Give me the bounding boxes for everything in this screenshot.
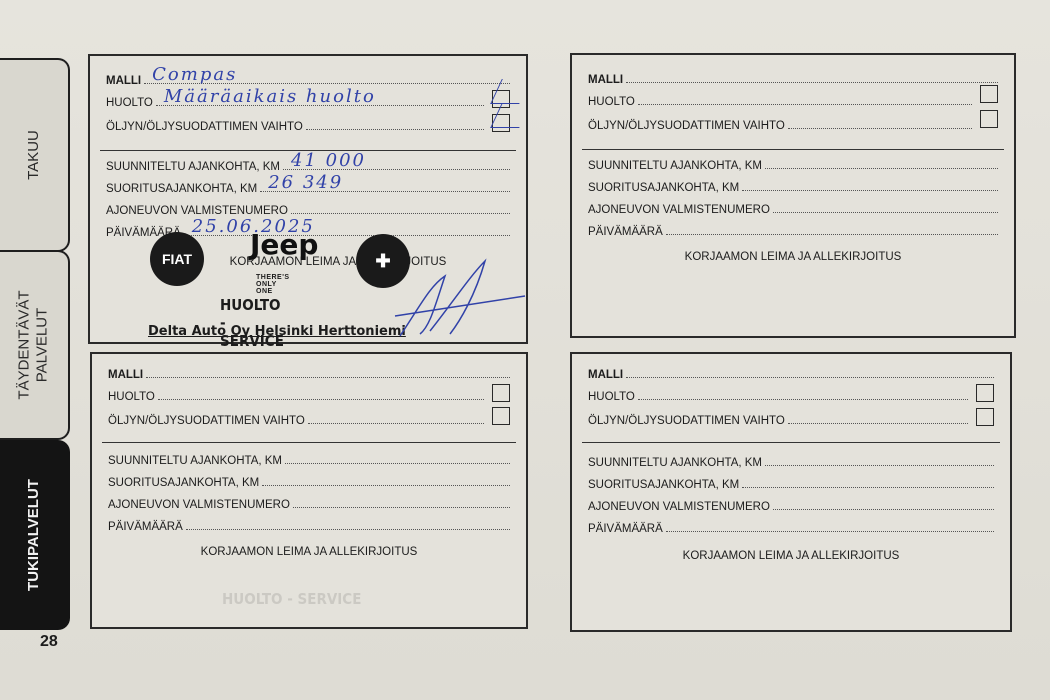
service-booklet-page: TAKUU TÄYDENTÄVÄT PALVELUT TUKIPALVELUT …	[0, 0, 1050, 700]
tab-takuu[interactable]: TAKUU	[0, 58, 70, 252]
tab-taydentavat-palvelut[interactable]: TÄYDENTÄVÄT PALVELUT	[0, 250, 70, 440]
stamp-service-title: HUOLTO - SERVICE	[220, 296, 284, 350]
model-field[interactable]: Compas	[144, 74, 510, 84]
planned-km-field[interactable]	[765, 159, 998, 169]
model-field[interactable]	[626, 368, 994, 378]
service-label: HUOLTO	[106, 97, 156, 109]
oil-change-label: ÖLJYN/ÖLJYSUODATTIMEN VAIHTO	[588, 415, 788, 427]
service-checkbox[interactable]	[980, 85, 998, 103]
model-field[interactable]	[146, 368, 510, 378]
actual-km-field[interactable]	[742, 478, 994, 488]
signature-icon	[390, 246, 530, 346]
oil-change-label: ÖLJYN/ÖLJYSUODATTIMEN VAIHTO	[106, 121, 306, 133]
divider	[582, 149, 1004, 150]
page-number: 28	[40, 633, 58, 651]
planned-km-label: SUUNNITELTU AJANKOHTA, KM	[106, 161, 283, 173]
actual-km-field[interactable]	[262, 476, 510, 486]
date-label: PÄIVÄMÄÄRÄ	[588, 226, 666, 238]
date-field[interactable]	[666, 522, 994, 532]
service-field[interactable]	[638, 390, 968, 400]
actual-km-label: SUORITUSAJANKOHTA, KM	[588, 479, 742, 491]
oil-change-field	[788, 414, 968, 424]
planned-km-field[interactable]: 41 000	[283, 160, 510, 170]
planned-km-label: SUUNNITELTU AJANKOHTA, KM	[588, 160, 765, 172]
service-field[interactable]: Määräaikais huolto	[156, 96, 484, 106]
stamp-tagline: THERE'S ONLY ONE	[256, 274, 290, 295]
service-card-2: MALLI HUOLTO ÖLJYN/ÖLJYSUODATTIMEN VAIHT…	[570, 53, 1016, 338]
tab-tukipalvelut[interactable]: TUKIPALVELUT	[0, 440, 70, 630]
service-checkbox[interactable]	[492, 384, 510, 402]
oil-change-label: ÖLJYN/ÖLJYSUODATTIMEN VAIHTO	[588, 120, 788, 132]
actual-km-label: SUORITUSAJANKOHTA, KM	[106, 183, 260, 195]
actual-km-label: SUORITUSAJANKOHTA, KM	[588, 182, 742, 194]
model-label: MALLI	[588, 74, 626, 86]
oil-change-field	[788, 119, 972, 129]
fiat-logo-icon: FIAT	[150, 232, 204, 286]
service-value: Määräaikais huolto	[164, 86, 376, 107]
service-field[interactable]	[638, 95, 972, 105]
service-field[interactable]	[158, 390, 484, 400]
oil-change-field	[308, 414, 484, 424]
model-label: MALLI	[108, 369, 146, 381]
vin-field[interactable]	[773, 500, 994, 510]
oil-change-field	[306, 120, 484, 130]
vin-label: AJONEUVON VALMISTENUMERO	[588, 501, 773, 513]
service-label: HUOLTO	[588, 96, 638, 108]
jeep-logo: Jeep	[250, 228, 318, 261]
service-label: HUOLTO	[108, 391, 158, 403]
date-label: PÄIVÄMÄÄRÄ	[108, 521, 186, 533]
planned-km-field[interactable]	[285, 454, 510, 464]
date-field[interactable]	[666, 225, 998, 235]
divider	[582, 442, 1000, 443]
actual-km-field[interactable]	[742, 181, 998, 191]
vin-label: AJONEUVON VALMISTENUMERO	[588, 204, 773, 216]
planned-km-label: SUUNNITELTU AJANKOHTA, KM	[108, 455, 285, 467]
planned-km-label: SUUNNITELTU AJANKOHTA, KM	[588, 457, 765, 469]
oil-change-checkbox[interactable]	[492, 114, 510, 132]
service-checkbox[interactable]	[976, 384, 994, 402]
service-card-1: MALLICompas HUOLTOMääräaikais huolto ÖLJ…	[88, 54, 528, 344]
stamp-dealer-name: Delta Auto Oy Helsinki Herttoniemi	[148, 324, 406, 339]
model-label: MALLI	[106, 75, 144, 87]
vin-field[interactable]	[293, 498, 510, 508]
vin-field[interactable]	[773, 203, 998, 213]
vin-field[interactable]	[291, 204, 510, 214]
planned-km-value: 41 000	[291, 150, 366, 171]
oil-change-checkbox[interactable]	[492, 407, 510, 425]
stamp-signature-label: KORJAAMON LEIMA JA ALLEKIRJOITUS	[572, 550, 1010, 562]
actual-km-field[interactable]: 26 349	[260, 182, 510, 192]
date-field[interactable]	[186, 520, 510, 530]
service-label: HUOLTO	[588, 391, 638, 403]
tab-label: TUKIPALVELUT	[25, 479, 43, 591]
tab-label: TÄYDENTÄVÄT PALVELUT	[16, 290, 52, 399]
divider	[102, 442, 516, 443]
stamp-signature-label: KORJAAMON LEIMA JA ALLEKIRJOITUS	[92, 546, 526, 558]
model-field[interactable]	[626, 73, 998, 83]
planned-km-field[interactable]	[765, 456, 994, 466]
oil-change-label: ÖLJYN/ÖLJYSUODATTIMEN VAIHTO	[108, 415, 308, 427]
service-card-3: MALLI HUOLTO ÖLJYN/ÖLJYSUODATTIMEN VAIHT…	[90, 352, 528, 629]
vin-label: AJONEUVON VALMISTENUMERO	[108, 499, 293, 511]
oil-change-checkbox[interactable]	[980, 110, 998, 128]
stamp-signature-label: KORJAAMON LEIMA JA ALLEKIRJOITUS	[572, 251, 1014, 263]
actual-km-value: 26 349	[268, 172, 343, 193]
model-value: Compas	[152, 64, 237, 85]
model-label: MALLI	[588, 369, 626, 381]
oil-change-checkbox[interactable]	[976, 408, 994, 426]
date-label: PÄIVÄMÄÄRÄ	[588, 523, 666, 535]
date-field[interactable]: 25.06.2025	[184, 226, 510, 236]
actual-km-label: SUORITUSAJANKOHTA, KM	[108, 477, 262, 489]
service-card-4: MALLI HUOLTO ÖLJYN/ÖLJYSUODATTIMEN VAIHT…	[570, 352, 1012, 632]
tab-label: TAKUU	[25, 130, 43, 180]
